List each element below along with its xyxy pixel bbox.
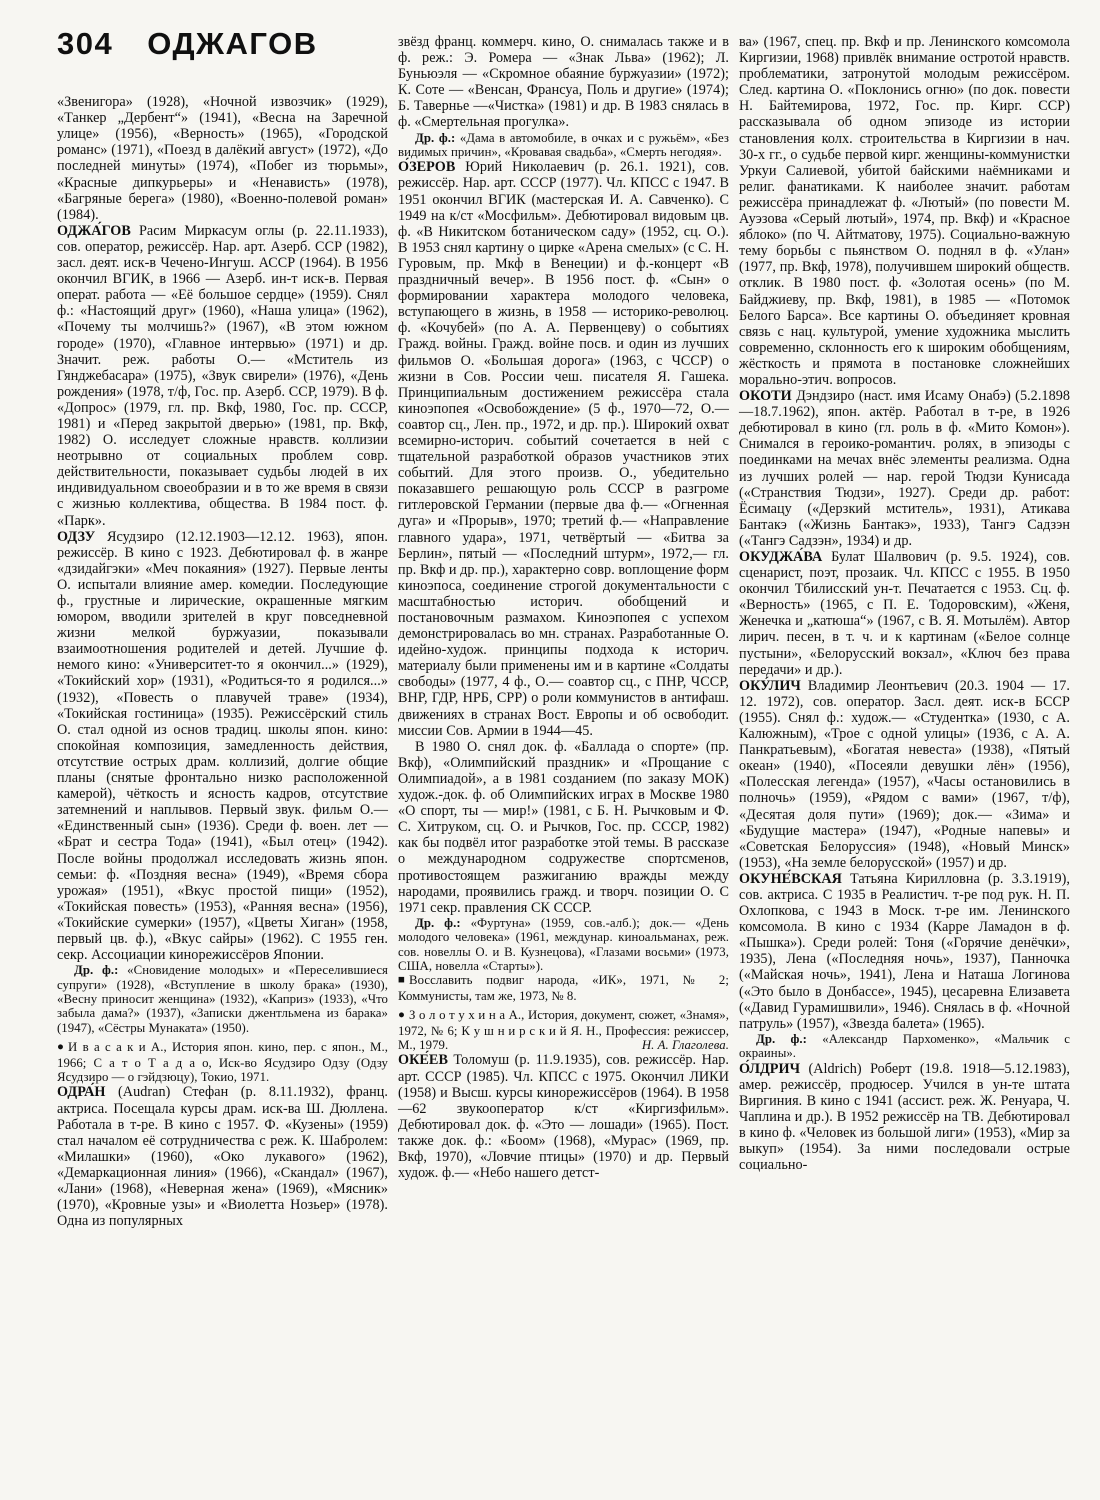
writings-ozerov: ■Восславить подвиг народа, «ИК», 1971, №… bbox=[398, 973, 729, 1003]
paragraph-continuation-okeev: ва» (1967, спец. пр. Вкф и пр. Ленинског… bbox=[739, 34, 1070, 388]
entry-body: Расим Миркасум оглы (р. 22.11.1933), сов… bbox=[57, 223, 388, 529]
column-1: 304 ОДЖАГОВ «Звенигора» (1928), «Ночной … bbox=[57, 34, 388, 1482]
entry-headword: ОКУ́ЛИЧ bbox=[739, 678, 801, 694]
bibliography-ozerov: ●З о л о т у х и н а А., История, докуме… bbox=[398, 1008, 729, 1052]
entry-headword: ОДЗУ bbox=[57, 529, 95, 545]
entry-body: Владимир Леонтьевич (20.3. 1904 — 17. 12… bbox=[739, 678, 1070, 871]
other-films-label: Др. ф.: bbox=[74, 963, 118, 977]
paragraph-continuation-odran: звёзд франц. коммерч. кино, О. снималась… bbox=[398, 34, 729, 131]
entry-okulich: ОКУ́ЛИЧ Владимир Леонтьевич (20.3. 1904 … bbox=[739, 678, 1070, 871]
entry-body: Толомуш (р. 11.9.1935), сов. режиссёр. Н… bbox=[398, 1052, 729, 1181]
other-films-label: Др. ф.: bbox=[415, 131, 455, 145]
entry-body: (Audran) Стефан (р. 8.11.1932), франц. а… bbox=[57, 1084, 388, 1229]
entry-body: (Aldrich) Роберт (19.8. 1918—5.12.1983),… bbox=[739, 1061, 1070, 1174]
column-2: звёзд франц. коммерч. кино, О. снималась… bbox=[398, 34, 729, 1482]
entry-headword: О́ЛДРИЧ bbox=[739, 1061, 800, 1077]
other-films-label: Др. ф.: bbox=[756, 1032, 807, 1046]
entry-ozerov-paragraph-2: В 1980 О. снял док. ф. «Баллада о спорте… bbox=[398, 739, 729, 916]
other-films-okunevskaya: Др. ф.: «Александр Пархоменко», «Мальчик… bbox=[739, 1032, 1070, 1061]
running-head: 304 ОДЖАГОВ bbox=[57, 36, 388, 52]
encyclopedia-page: 304 ОДЖАГОВ «Звенигора» (1928), «Ночной … bbox=[0, 0, 1100, 1500]
paragraph-continuation-filmography: «Звенигора» (1928), «Ночной извозчик» (1… bbox=[57, 94, 388, 223]
entry-headword: О́ЗЕРОВ bbox=[398, 159, 455, 175]
running-headword: ОДЖАГОВ bbox=[147, 36, 317, 52]
writings-text: Восславить подвиг народа, «ИК», 1971, № … bbox=[398, 973, 729, 1002]
entry-oldrich: О́ЛДРИЧ (Aldrich) Роберт (19.8. 1918—5.1… bbox=[739, 1061, 1070, 1174]
bibliography-odzu: ●И в а с а к и А., История япон. кино, п… bbox=[57, 1040, 388, 1084]
entry-headword: ОДРА́Н bbox=[57, 1084, 105, 1100]
entry-headword: ОКУДЖА́ВА bbox=[739, 549, 822, 565]
bibliography-bullet-icon: ● bbox=[57, 1040, 64, 1054]
entry-okudzhava: ОКУДЖА́ВА Булат Шалвович (р. 9.5. 1924),… bbox=[739, 549, 1070, 678]
bibliography-bullet-icon: ● bbox=[398, 1008, 405, 1022]
entry-body: Юрий Николаевич (р. 26.1. 1921), сов. ре… bbox=[398, 159, 729, 738]
bibliography-attribution: Н. А. Глаголева. bbox=[642, 1038, 729, 1052]
entry-headword: ОКЕ́ЕВ bbox=[398, 1052, 448, 1068]
other-films-ozerov: Др. ф.: «Фуртуна» (1959, сов.-алб.); док… bbox=[398, 916, 729, 974]
writings-bullet-icon: ■ bbox=[398, 973, 405, 987]
entry-body: Татьяна Кирилловна (р. 3.3.1919), сов. а… bbox=[739, 871, 1070, 1032]
entry-odzhagov: ОДЖА́ГОВ Расим Миркасум оглы (р. 22.11.1… bbox=[57, 223, 388, 529]
other-films-odran: Др. ф.: «Дама в автомобиле, в очках и с … bbox=[398, 131, 729, 160]
other-films-odzu: Др. ф.: «Сновидение молодых» и «Пересели… bbox=[57, 963, 388, 1035]
page-number: 304 bbox=[57, 36, 113, 52]
bibliography-text: И в а с а к и А., История япон. кино, пе… bbox=[57, 1040, 388, 1084]
entry-odzu: ОДЗУ Ясудзиро (12.12.1903—12.12. 1963), … bbox=[57, 529, 388, 964]
entry-body: Дэндзиро (наст. имя Исаму Онабэ) (5.2.18… bbox=[739, 388, 1070, 549]
column-3: ва» (1967, спец. пр. Вкф и пр. Ленинског… bbox=[739, 34, 1070, 1482]
entry-ozerov: О́ЗЕРОВ Юрий Николаевич (р. 26.1. 1921),… bbox=[398, 159, 729, 738]
entry-okunevskaya: ОКУНЕ́ВСКАЯ Татьяна Кирилловна (р. 3.3.1… bbox=[739, 871, 1070, 1032]
entry-okoti: ОКОТИ Дэндзиро (наст. имя Исаму Онабэ) (… bbox=[739, 388, 1070, 549]
entry-headword: ОДЖА́ГОВ bbox=[57, 223, 131, 239]
entry-headword: ОКОТИ bbox=[739, 388, 792, 404]
other-films-label: Др. ф.: bbox=[415, 916, 461, 930]
entry-body: Ясудзиро (12.12.1903—12.12. 1963), япон.… bbox=[57, 529, 388, 963]
entry-odran: ОДРА́Н (Audran) Стефан (р. 8.11.1932), ф… bbox=[57, 1084, 388, 1229]
entry-headword: ОКУНЕ́ВСКАЯ bbox=[739, 871, 842, 887]
entry-okeev: ОКЕ́ЕВ Толомуш (р. 11.9.1935), сов. режи… bbox=[398, 1052, 729, 1181]
entry-body: Булат Шалвович (р. 9.5. 1924), сов. сцен… bbox=[739, 549, 1070, 678]
